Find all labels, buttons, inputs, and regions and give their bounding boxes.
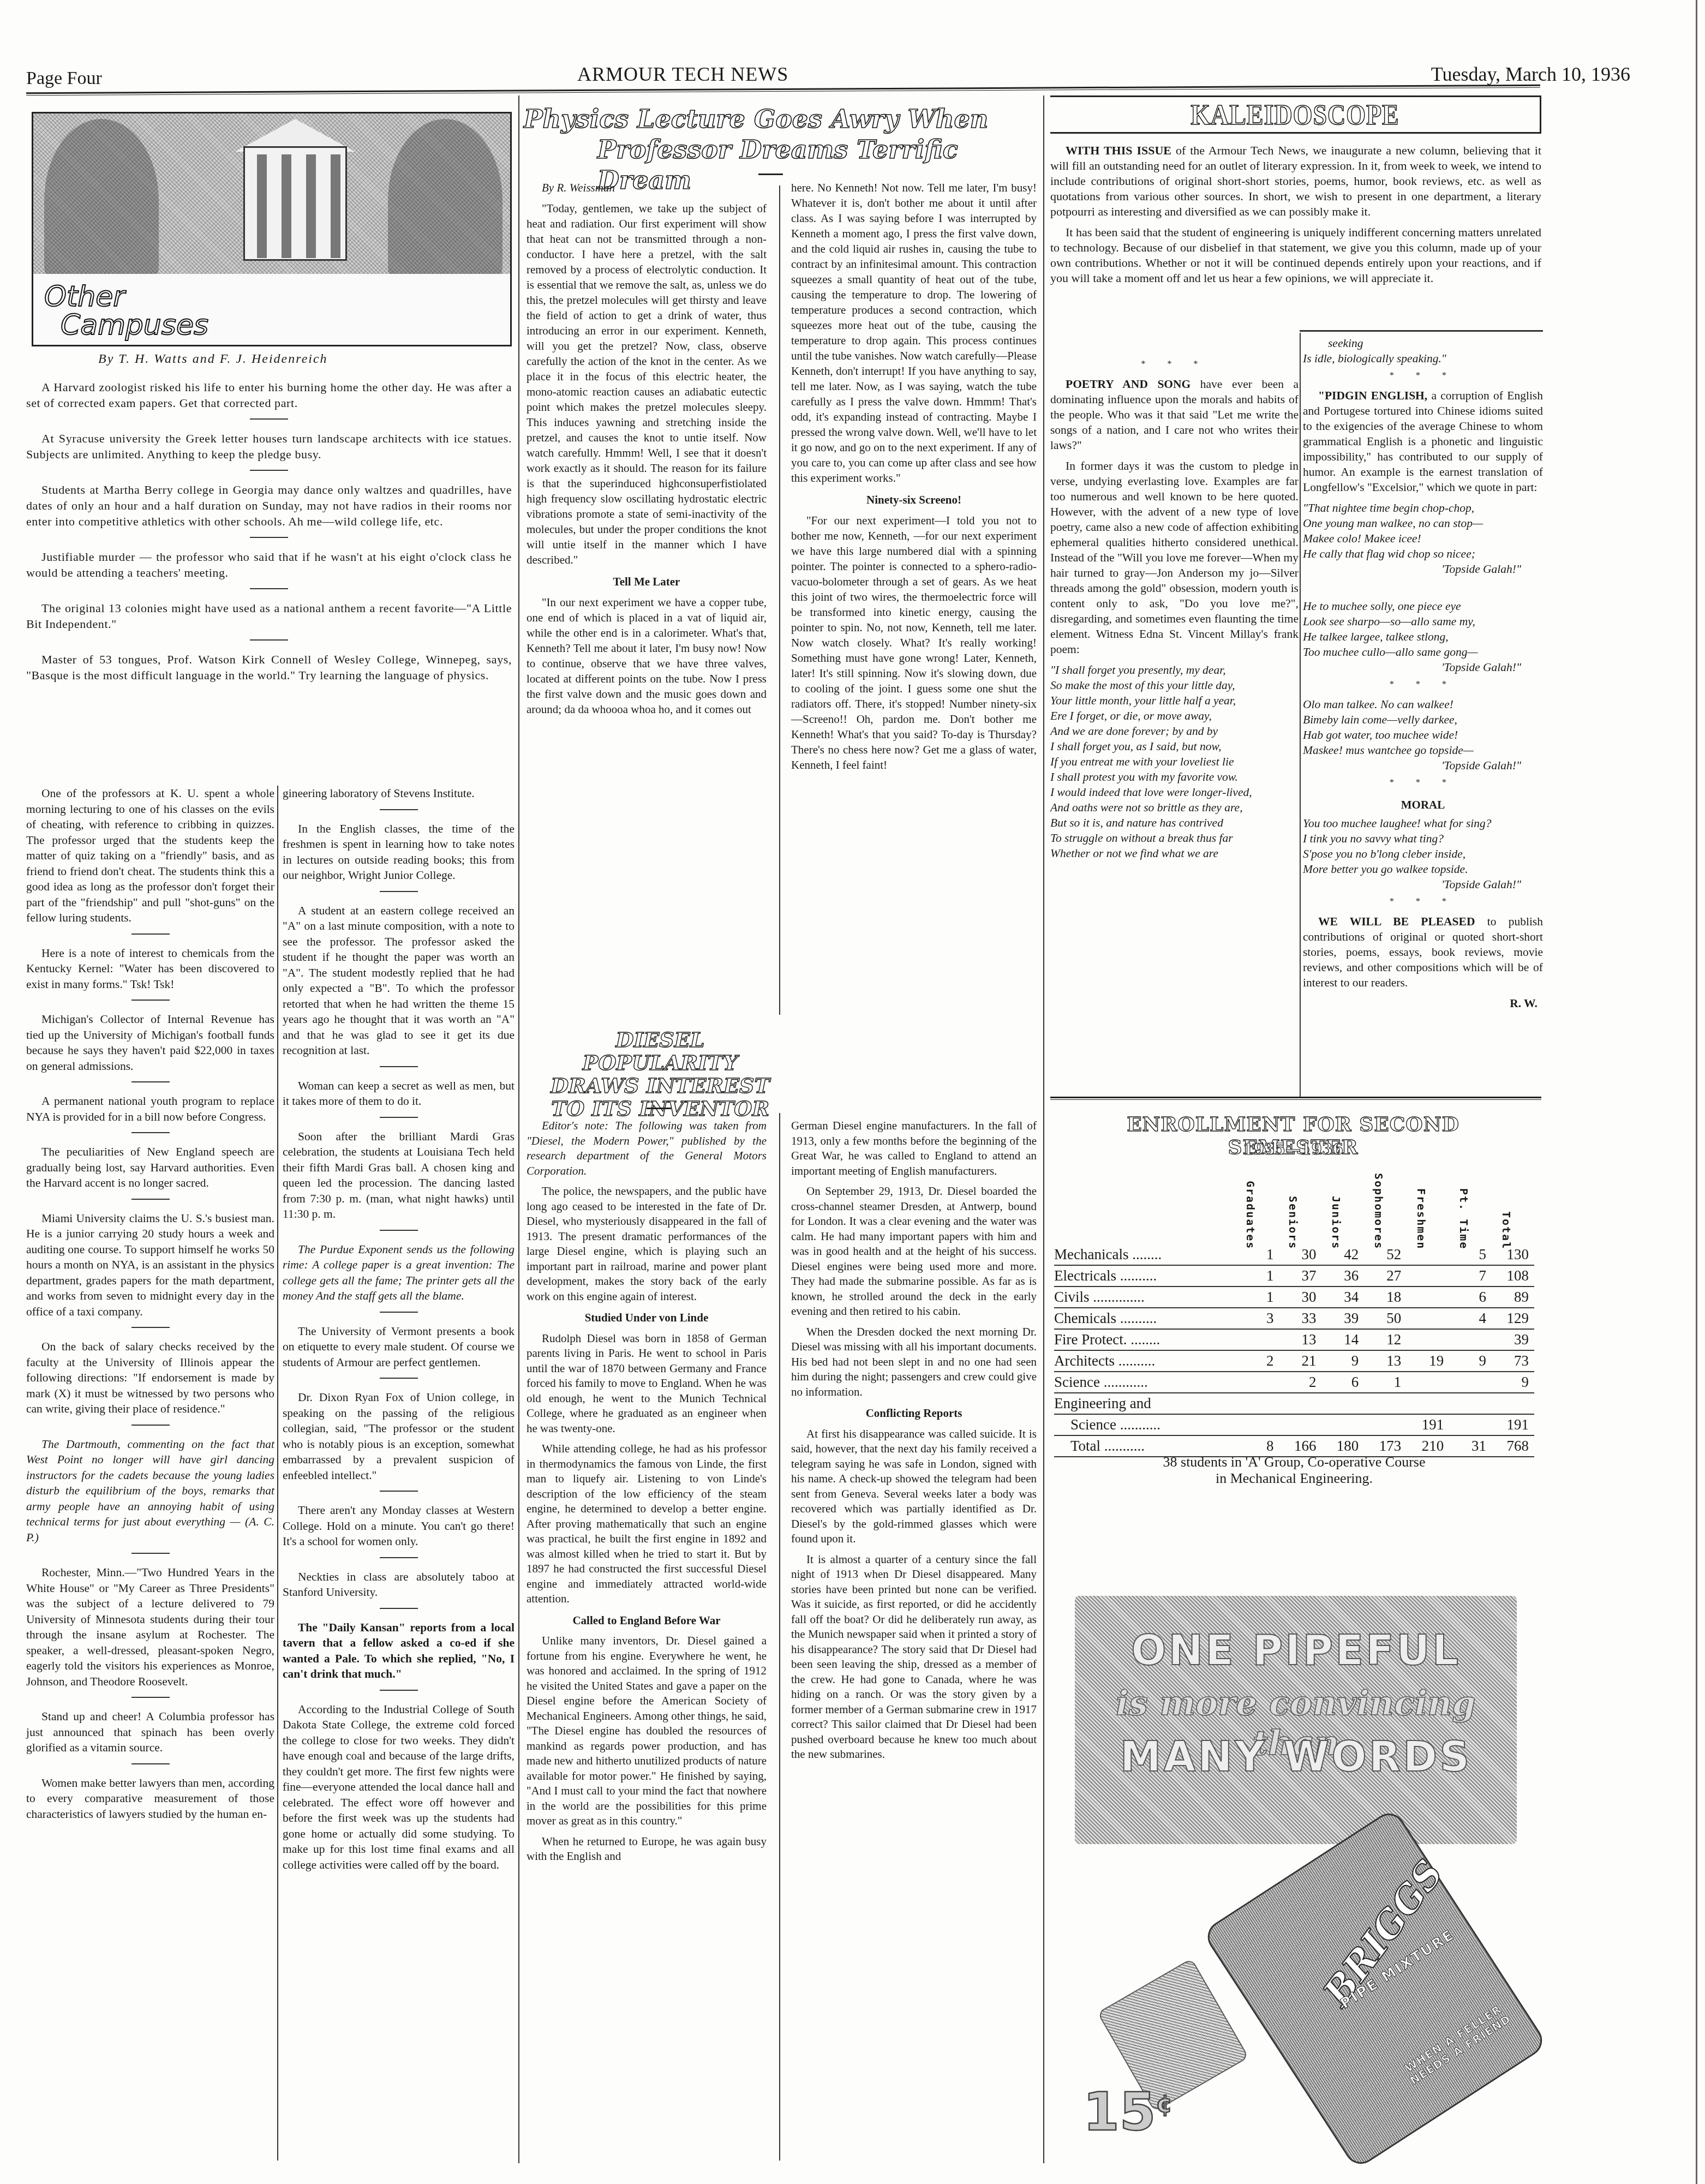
news-item: Master of 53 tongues, Prof. Watson Kirk …: [26, 651, 512, 683]
divider: [380, 1312, 418, 1313]
table-cell: [1237, 1329, 1279, 1350]
divider: [131, 934, 170, 935]
table-cell: 1: [1237, 1244, 1279, 1265]
physics-col-b: here. No Kenneth! Not now. Tell me later…: [791, 180, 1037, 778]
table-cell: [1449, 1414, 1492, 1435]
kaleidoscope-intro: WITH THIS ISSUE of the Armour Tech News,…: [1050, 143, 1541, 291]
tree-illustration: [44, 119, 159, 283]
headline-line: DRAWS INTEREST: [540, 1074, 780, 1097]
divider: [380, 1066, 418, 1067]
masthead-rule: [26, 85, 1540, 96]
kaleidoscope-title: KALEIDOSCOPE: [1050, 98, 1540, 131]
poem-line: I tink you no savvy what ting?: [1303, 831, 1543, 846]
table-cell: 108: [1492, 1265, 1534, 1287]
box-rule: [1300, 330, 1543, 332]
ad-banner: ONE PIPEFUL is more convincing than MANY…: [1075, 1596, 1517, 1844]
table-cell: 30: [1279, 1287, 1321, 1308]
article-paragraph: The police, the newspapers, and the publ…: [527, 1184, 767, 1304]
article-paragraph: here. No Kenneth! Not now. Tell me later…: [791, 180, 1037, 486]
news-item: The "Daily Kansan" reports from a local …: [283, 1620, 515, 1682]
table-cell: [1449, 1329, 1492, 1350]
article-paragraph: Rudolph Diesel was born in 1858 of Germa…: [527, 1331, 767, 1437]
poem-line: "I shall forget you presently, my dear,: [1050, 662, 1299, 678]
news-item: Soon after the brilliant Mardi Gras cele…: [283, 1129, 515, 1222]
ad-slogan: WHEN A FELLER NEEDS A FRIEND: [1401, 2001, 1513, 2087]
table-cell: 9: [1321, 1350, 1364, 1372]
footnote-line: 38 students in 'A' Group, Co-operative C…: [1054, 1454, 1534, 1470]
column-divider: [779, 186, 780, 1015]
pillar: [257, 154, 267, 258]
news-item: In the English classes, the time of the …: [283, 821, 515, 883]
poem-line: Whether or not we find what we are: [1050, 846, 1299, 861]
news-item: Women make better lawyers than men, acco…: [26, 1775, 274, 1822]
tobacco-tin-icon: BRIGGS PIPE MIXTURE WHEN A FELLER NEEDS …: [1201, 1808, 1548, 2170]
divider: [131, 1199, 170, 1200]
table-cell: [1279, 1393, 1321, 1414]
table-cell: 13: [1364, 1350, 1407, 1372]
section-stars: * * *: [1303, 775, 1543, 791]
table-cell: [1492, 1393, 1534, 1414]
news-item: The peculiarities of New England speech …: [26, 1144, 274, 1191]
ad-brand: BRIGGS: [1315, 1852, 1452, 2014]
poem-line: And we are done forever; by and by: [1050, 723, 1299, 739]
pidgin-paragraph: "PIDGIN ENGLISH, a corruption of English…: [1303, 388, 1543, 495]
slogan-line: WHEN A FELLER: [1401, 2001, 1506, 2076]
news-item: The original 13 colonies might have used…: [26, 600, 512, 632]
poem-line: Look see sharpo—so—allo same my,: [1303, 614, 1543, 629]
table-cell: [1237, 1393, 1279, 1414]
poem-line: To struggle on without a break thus far: [1050, 830, 1299, 846]
divider: [380, 891, 418, 892]
section-stars: * * *: [1303, 894, 1543, 909]
millay-poem-continued: seeking Is idle, biologically speaking.": [1303, 336, 1543, 366]
table-cell: [1364, 1393, 1407, 1414]
row-label: Architects ..........: [1054, 1350, 1237, 1372]
poem-line: I would indeed that love were longer-liv…: [1050, 785, 1299, 800]
poem-line: Makee colo! Makee icee!: [1303, 531, 1543, 546]
divider: [131, 1697, 170, 1698]
table-cell: 33: [1279, 1308, 1321, 1329]
divider: [380, 809, 418, 810]
refrain: 'Topside Galah!": [1303, 561, 1543, 577]
news-item: Justifiable murder — the professor who s…: [26, 549, 512, 581]
table-cell: 52: [1364, 1244, 1407, 1265]
news-item: gineering laboratory of Stevens Institut…: [283, 786, 515, 801]
poem-line: I shall forget you, as I said, but now,: [1050, 739, 1299, 754]
table-row: Engineering and: [1054, 1393, 1534, 1414]
table-cell: 130: [1492, 1244, 1534, 1265]
poem-line: Maskee! mus wantchee go topside—: [1303, 743, 1543, 758]
column-header: Seniors: [1287, 1196, 1300, 1249]
poem-line: One young man walkee, no can stop—: [1303, 516, 1543, 531]
page-edge: [1696, 0, 1697, 2184]
paper-title: ARMOUR TECH NEWS: [577, 63, 788, 86]
section-stars: * * *: [1050, 357, 1299, 372]
news-item: Michigan's Collector of Internal Revenue…: [26, 1012, 274, 1074]
pidgin-stanza: Olo man talkee. No can walkee! Bimeby la…: [1303, 697, 1543, 773]
pillar: [282, 154, 291, 258]
poem-line: And oaths were not so brittle as they ar…: [1050, 800, 1299, 815]
table-cell: [1407, 1265, 1449, 1287]
enrollment-years: 1935—1936: [1069, 1140, 1517, 1158]
table-cell: 12: [1364, 1329, 1407, 1350]
article-paragraph: It is almost a quarter of a century sinc…: [791, 1552, 1037, 1762]
divider: [250, 588, 288, 589]
pidgin-text: a corruption of English and Portugese to…: [1303, 389, 1543, 494]
poem-line: So make the most of this your little day…: [1050, 678, 1299, 693]
table-cell: 5: [1449, 1244, 1492, 1265]
signature: R. W.: [1303, 996, 1543, 1011]
news-item: The University of Vermont presents a boo…: [283, 1324, 515, 1371]
table-cell: 9: [1492, 1372, 1534, 1393]
column-header: Graduates: [1244, 1181, 1257, 1249]
title-line: Other: [44, 283, 208, 311]
poetry-paragraph: POETRY AND SONG have ever been a dominat…: [1050, 376, 1299, 453]
article-paragraph: "Today, gentlemen, we take up the subjec…: [527, 201, 767, 567]
row-label: Electricals ..........: [1054, 1265, 1237, 1287]
divider: [380, 1230, 418, 1231]
table-cell: [1407, 1308, 1449, 1329]
row-label: Civils ..............: [1054, 1287, 1237, 1308]
table-cell: [1407, 1329, 1449, 1350]
table-cell: 39: [1492, 1329, 1534, 1350]
enrollment-table: Mechanicals ........13042525130Electrica…: [1054, 1244, 1534, 1457]
table-cell: [1321, 1393, 1364, 1414]
lead-words: WITH THIS ISSUE: [1066, 143, 1171, 157]
divider: [131, 1425, 170, 1426]
table-cell: [1407, 1393, 1449, 1414]
millay-poem: "I shall forget you presently, my dear, …: [1050, 662, 1299, 861]
table-cell: 9: [1449, 1350, 1492, 1372]
news-item: According to the Industrial College of S…: [283, 1702, 515, 1873]
subhead-conflicting: Conflicting Reports: [791, 1406, 1037, 1421]
table-cell: 39: [1321, 1308, 1364, 1329]
article-paragraph: "For our next experiment—I told you not …: [791, 513, 1037, 773]
table-cell: 42: [1321, 1244, 1364, 1265]
article-paragraph: At first his disappearance was called su…: [791, 1427, 1037, 1547]
poem-line: But so it is, and nature has contrived: [1050, 815, 1299, 830]
column-header: Juniors: [1330, 1196, 1343, 1249]
divider: [380, 1557, 418, 1558]
column-divider: [779, 1113, 780, 2161]
editors-note: Editor's note: The following was taken f…: [527, 1118, 767, 1178]
kaleidoscope-col-b: seeking Is idle, biologically speaking."…: [1303, 336, 1543, 1011]
issue-date: Tuesday, March 10, 1936: [1431, 63, 1630, 86]
headline-line: DIESEL POPULARITY: [540, 1028, 780, 1074]
diesel-headline: DIESEL POPULARITY DRAWS INTEREST TO ITS …: [540, 1028, 780, 1120]
table-row: Science ...........191191: [1054, 1414, 1534, 1435]
divider: [380, 1117, 418, 1118]
price-value: 15: [1083, 2081, 1156, 2143]
table-cell: [1449, 1393, 1492, 1414]
poem-line: Ere I forget, or die, or move away,: [1050, 708, 1299, 723]
ad-headline: ONE PIPEFUL: [1075, 1626, 1517, 1674]
table-cell: 2: [1279, 1372, 1321, 1393]
lead-words: "PIDGIN ENGLISH,: [1318, 389, 1427, 402]
poem-line: He cally that flag wid chop so nicee;: [1303, 546, 1543, 561]
news-item: The Dartmouth, commenting on the fact th…: [26, 1437, 274, 1546]
news-item: The Purdue Exponent sends us the followi…: [283, 1242, 515, 1304]
table-cell: 3: [1237, 1308, 1279, 1329]
divider: [131, 1763, 170, 1764]
page-label: Page Four: [26, 68, 102, 89]
table-cell: 36: [1321, 1265, 1364, 1287]
divider: [380, 1690, 418, 1691]
table-cell: 1: [1237, 1265, 1279, 1287]
table-cell: 191: [1492, 1414, 1534, 1435]
news-item: There aren't any Monday classes at Weste…: [283, 1503, 515, 1549]
table-cell: [1237, 1414, 1279, 1435]
poem-line: Your little month, your little half a ye…: [1050, 693, 1299, 708]
pillar: [331, 154, 340, 258]
poem-line: Too muchee cullo—allo same gong—: [1303, 644, 1543, 660]
article-paragraph: On September 29, 1913, Dr. Diesel boarde…: [791, 1184, 1037, 1319]
poem-line: Olo man talkee. No can walkee!: [1303, 697, 1543, 712]
poem-line: S'pose you no b'long cleber inside,: [1303, 846, 1543, 861]
headline-line: Physics Lecture Goes Awry When: [524, 104, 988, 134]
spacer: [1303, 577, 1543, 599]
table-cell: 14: [1321, 1329, 1364, 1350]
table-cell: [1407, 1372, 1449, 1393]
news-item: Neckties in class are absolutely taboo a…: [283, 1569, 515, 1600]
table-cell: 129: [1492, 1308, 1534, 1329]
section-stars: * * *: [1303, 677, 1543, 692]
table-cell: [1237, 1372, 1279, 1393]
row-label: Science ............: [1054, 1372, 1237, 1393]
diesel-col-a: Editor's note: The following was taken f…: [527, 1118, 767, 1870]
divider: [250, 639, 288, 641]
table-cell: 34: [1321, 1287, 1364, 1308]
lead-words: WE WILL BE PLEASED: [1318, 915, 1475, 928]
refrain: 'Topside Galah!": [1303, 660, 1543, 675]
subhead-von-linde: Studied Under von Linde: [527, 1311, 767, 1326]
table-cell: 89: [1492, 1287, 1534, 1308]
other-campuses-full-width: A Harvard zoologist risked his life to e…: [26, 379, 512, 689]
poem-line: seeking: [1303, 336, 1543, 351]
headline-rule: [647, 1108, 671, 1109]
tree-illustration: [388, 119, 502, 283]
news-item: Dr. Dixon Ryan Fox of Union college, in …: [283, 1390, 515, 1483]
column-divider: [1043, 95, 1044, 2163]
news-item: A student at an eastern college received…: [283, 903, 515, 1058]
intro-paragraph: WITH THIS ISSUE of the Armour Tech News,…: [1050, 143, 1541, 219]
news-item: One of the professors at K. U. spent a w…: [26, 786, 274, 926]
subhead-ninety-six: Ninety-six Screeno!: [791, 492, 1037, 507]
news-item: A permanent national youth program to re…: [26, 1093, 274, 1124]
column-header: Sophomores: [1372, 1173, 1385, 1249]
poem-line: More better you go walkee topside.: [1303, 861, 1543, 877]
table-row: Civils ..............1303418689: [1054, 1287, 1534, 1308]
table-cell: 1: [1237, 1287, 1279, 1308]
moral-title: MORAL: [1303, 797, 1543, 812]
table-cell: 7: [1449, 1265, 1492, 1287]
poem-line: He to muchee solly, one piece eye: [1303, 599, 1543, 614]
enrollment-column-headers: Graduates Seniors Juniors Sophomores Fre…: [1050, 1173, 1530, 1249]
article-paragraph: When he returned to Europe, he was again…: [527, 1834, 767, 1864]
ad-headline: MANY WORDS: [1075, 1732, 1517, 1781]
row-label: Chemicals ..........: [1054, 1308, 1237, 1329]
table-cell: [1407, 1287, 1449, 1308]
poem-line: "That nightee time begin chop-chop,: [1303, 500, 1543, 516]
divider: [131, 1132, 170, 1133]
poem-line: I shall protest you with my favorite vow…: [1050, 769, 1299, 785]
column-header: Freshmen: [1415, 1188, 1428, 1249]
table-cell: [1279, 1414, 1321, 1435]
news-item: Students at Martha Berry college in Geor…: [26, 482, 512, 529]
enrollment-footnote: 38 students in 'A' Group, Co-operative C…: [1054, 1454, 1534, 1487]
table-cell: 191: [1407, 1414, 1449, 1435]
table-row: Science ............2619: [1054, 1372, 1534, 1393]
row-label: Fire Protect. ........: [1054, 1329, 1237, 1350]
ad-price: 15¢: [1083, 2081, 1172, 2143]
column-divider: [277, 786, 278, 2161]
poem-line: Is idle, biologically speaking.": [1303, 351, 1543, 366]
other-campuses-title: Other Campuses: [44, 283, 208, 339]
other-campuses-byline: By T. H. Watts and F. J. Heidenreich: [98, 352, 328, 367]
briggs-advertisement: ONE PIPEFUL is more convincing than MANY…: [1069, 1596, 1539, 2158]
other-campuses-col-b: gineering laboratory of Stevens Institut…: [283, 786, 515, 1878]
kaleidoscope-col-a: * * * POETRY AND SONG have ever been a d…: [1050, 355, 1299, 861]
diesel-col-b: German Diesel engine manufacturers. In t…: [791, 1118, 1037, 1768]
table-cell: 18: [1364, 1287, 1407, 1308]
news-item: On the back of salary checks received by…: [26, 1339, 274, 1417]
table-cell: 13: [1279, 1329, 1321, 1350]
moral-stanza: You too muchee laughee! what for sing? I…: [1303, 816, 1543, 892]
section-rule: [1050, 1097, 1541, 1100]
headline-rule: [758, 173, 783, 175]
poem-line: If you entreat me with your loveliest li…: [1050, 754, 1299, 769]
title-line: Campuses: [44, 311, 208, 339]
article-paragraph: While attending college, he had as his p…: [527, 1441, 767, 1607]
physics-col-a: By R. Weissman "Today, gentlemen, we tak…: [527, 180, 767, 722]
table-row: Fire Protect. ........13141239: [1054, 1329, 1534, 1350]
divider: [131, 1553, 170, 1554]
news-item: Stand up and cheer! A Columbia professor…: [26, 1709, 274, 1756]
pidgin-stanza: "That nightee time begin chop-chop, One …: [1303, 500, 1543, 675]
subhead-england: Called to England Before War: [527, 1613, 767, 1629]
table-cell: [1449, 1372, 1492, 1393]
divider: [380, 1491, 418, 1492]
poem-line: Hab got water, too muchee wide!: [1303, 727, 1543, 743]
poem-line: Bimeby lain come—velly darkee,: [1303, 712, 1543, 727]
table-cell: 19: [1407, 1350, 1449, 1372]
table-cell: [1321, 1414, 1364, 1435]
table-cell: 27: [1364, 1265, 1407, 1287]
news-item: Woman can keep a secret as well as men, …: [283, 1078, 515, 1109]
article-paragraph: "In our next experiment we have a copper…: [527, 595, 767, 717]
divider: [380, 1378, 418, 1379]
divider: [131, 1327, 170, 1328]
table-row: Electricals ..........13736277108: [1054, 1265, 1534, 1287]
table-cell: 30: [1279, 1244, 1321, 1265]
divider: [250, 418, 288, 420]
table-cell: 2: [1237, 1350, 1279, 1372]
other-campuses-illustration: Other Campuses: [32, 112, 512, 346]
article-paragraph: Unlike many inventors, Dr. Diesel gained…: [527, 1633, 767, 1829]
table-cell: 1: [1364, 1372, 1407, 1393]
divider: [250, 537, 288, 538]
table-cell: 37: [1279, 1265, 1321, 1287]
price-unit: ¢: [1156, 2090, 1173, 2118]
subhead-tell-me-later: Tell Me Later: [527, 574, 767, 589]
row-label: Engineering and: [1054, 1393, 1237, 1414]
news-item: Here is a note of interest to chemicals …: [26, 946, 274, 992]
pillar: [306, 154, 316, 258]
article-paragraph: German Diesel engine manufacturers. In t…: [791, 1118, 1037, 1178]
news-item: Rochester, Minn.—"Two Hundred Years in t…: [26, 1565, 274, 1689]
divider: [131, 1081, 170, 1082]
column-divider: [518, 95, 519, 2163]
table-cell: [1407, 1244, 1449, 1265]
table-cell: 73: [1492, 1350, 1534, 1372]
table-row: Mechanicals ........13042525130: [1054, 1244, 1534, 1265]
column-divider: [1300, 333, 1301, 1097]
masthead: Page Four ARMOUR TECH NEWS Tuesday, Marc…: [26, 63, 1701, 85]
news-item: A Harvard zoologist risked his life to e…: [26, 379, 512, 411]
section-stars: * * *: [1303, 368, 1543, 384]
article-byline: By R. Weissman: [527, 180, 767, 195]
footnote-line: in Mechanical Engineering.: [1054, 1470, 1534, 1487]
refrain: 'Topside Galah!": [1303, 758, 1543, 773]
poetry-paragraph: In former days it was the custom to pled…: [1050, 458, 1299, 657]
kaleidoscope-header: KALEIDOSCOPE: [1050, 95, 1541, 134]
lead-words: POETRY AND SONG: [1066, 378, 1190, 391]
divider: [250, 470, 288, 471]
row-label: Science ...........: [1054, 1414, 1237, 1435]
row-label: Mechanicals ........: [1054, 1244, 1237, 1265]
refrain: 'Topside Galah!": [1303, 877, 1543, 892]
table-cell: 4: [1449, 1308, 1492, 1329]
column-header: Pt. Time: [1457, 1188, 1470, 1249]
table-cell: 6: [1321, 1372, 1364, 1393]
divider: [131, 1000, 170, 1001]
poem-line: You too muchee laughee! what for sing?: [1303, 816, 1543, 831]
intro-paragraph: It has been said that the student of eng…: [1050, 225, 1541, 286]
table-row: Architects ..........22191319973: [1054, 1350, 1534, 1372]
other-campuses-col-a: One of the professors at K. U. spent a w…: [26, 786, 274, 1827]
table-cell: 21: [1279, 1350, 1321, 1372]
divider: [380, 1608, 418, 1609]
closing-paragraph: WE WILL BE PLEASED to publish contributi…: [1303, 914, 1543, 990]
article-paragraph: When the Dresden docked the next morning…: [791, 1325, 1037, 1400]
news-item: Miami University claims the U. S.'s busi…: [26, 1211, 274, 1320]
table-cell: 6: [1449, 1287, 1492, 1308]
poem-line: He talkee largee, talkee stlong,: [1303, 629, 1543, 644]
news-item: At Syracuse university the Greek letter …: [26, 430, 512, 462]
table-row: Chemicals ..........33339504129: [1054, 1308, 1534, 1329]
table-cell: 50: [1364, 1308, 1407, 1329]
table-cell: [1364, 1414, 1407, 1435]
